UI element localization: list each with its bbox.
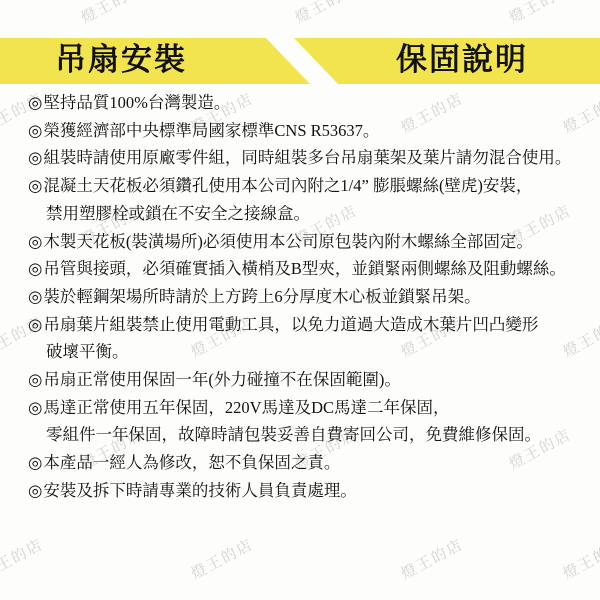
instruction-text: 堅持品質100%台灣製造。	[43, 93, 230, 112]
instruction-line-continuation: 零組件一年保固，故障時請包裝妥善自費寄回公司，免費維修保固。	[46, 421, 594, 449]
instruction-text: 馬達正常使用五年保固，220V馬達及DC馬達二年保固，	[43, 398, 449, 417]
bullseye-bullet-icon: ◎	[28, 121, 42, 140]
page-title-install: 吊扇安裝	[55, 38, 187, 84]
instruction-line-continuation: 禁用塑膠栓或鎖在不安全之接線盒。	[46, 200, 594, 228]
bullseye-bullet-icon: ◎	[28, 453, 42, 472]
store-watermark: 燈王的店	[559, 533, 600, 583]
instruction-text: 組裝時請使用原廠零件組，同時組裝多台吊扇葉架及葉片請勿混合使用。	[43, 148, 571, 167]
list-item: ◎混凝土天花板必須鑽孔使用本公司內附之1/4” 膨脹螺絲(壁虎)安裝，禁用塑膠栓…	[28, 172, 594, 227]
instruction-text: 榮獲經濟部中央標準局國家標準CNS R53637。	[43, 121, 379, 140]
store-watermark: 燈王的店	[187, 533, 257, 583]
instruction-text: 安裝及拆下時請專業的技術人員負責處理。	[43, 481, 357, 500]
list-item: ◎木製天花板(裝潢場所)必須使用本公司原包裝內附木螺絲全部固定。	[28, 228, 594, 256]
instruction-text: 吊扇葉片組裝禁止使用電動工具，以免力道過大造成木葉片凹凸變形	[43, 315, 538, 334]
bullseye-bullet-icon: ◎	[28, 398, 42, 417]
instruction-line: ◎混凝土天花板必須鑽孔使用本公司內附之1/4” 膨脹螺絲(壁虎)安裝，	[28, 172, 594, 200]
bullseye-bullet-icon: ◎	[28, 259, 42, 278]
list-item: ◎本產品一經人為修改，恕不負保固之責。	[28, 449, 594, 477]
instruction-text: 混凝土天花板必須鑽孔使用本公司內附之1/4” 膨脹螺絲(壁虎)安裝，	[43, 176, 532, 195]
instruction-line: ◎吊扇正常使用保固一年(外力碰撞不在保固範圍)。	[28, 366, 594, 394]
store-watermark: 燈王的店	[77, 0, 147, 28]
instruction-line: ◎本產品一經人為修改，恕不負保固之責。	[28, 449, 594, 477]
list-item: ◎堅持品質100%台灣製造。	[28, 89, 594, 117]
instruction-list: ◎堅持品質100%台灣製造。◎榮獲經濟部中央標準局國家標準CNS R53637。…	[28, 89, 594, 505]
instruction-line: ◎吊扇葉片組裝禁止使用電動工具，以免力道過大造成木葉片凹凸變形	[28, 311, 594, 339]
bullseye-bullet-icon: ◎	[28, 232, 42, 251]
instruction-text: 本產品一經人為修改，恕不負保固之責。	[43, 453, 340, 472]
list-item: ◎吊扇正常使用保固一年(外力碰撞不在保固範圍)。	[28, 366, 594, 394]
instruction-text: 零組件一年保固，故障時請包裝妥善自費寄回公司，免費維修保固。	[46, 425, 541, 444]
instruction-text: 裝於輕鋼架場所時請於上方跨上6分厚度木心板並鎖緊吊架。	[43, 287, 480, 306]
instruction-text: 禁用塑膠栓或鎖在不安全之接線盒。	[46, 204, 310, 223]
list-item: ◎馬達正常使用五年保固，220V馬達及DC馬達二年保固，零組件一年保固，故障時請…	[28, 394, 594, 449]
list-item: ◎吊扇葉片組裝禁止使用電動工具，以免力道過大造成木葉片凹凸變形破壞平衡。	[28, 311, 594, 366]
bullseye-bullet-icon: ◎	[28, 481, 42, 500]
store-watermark: 燈王的店	[0, 533, 47, 583]
instruction-line: ◎吊管與接頭，必須確實插入橫梢及B型夾，並鎖緊兩側螺絲及阻動螺絲。	[28, 255, 594, 283]
store-watermark: 燈王的店	[397, 533, 467, 583]
store-watermark: 燈王的店	[505, 0, 575, 28]
bullseye-bullet-icon: ◎	[28, 148, 42, 167]
list-item: ◎組裝時請使用原廠零件組，同時組裝多台吊扇葉架及葉片請勿混合使用。	[28, 144, 594, 172]
list-item: ◎裝於輕鋼架場所時請於上方跨上6分厚度木心板並鎖緊吊架。	[28, 283, 594, 311]
instruction-line: ◎組裝時請使用原廠零件組，同時組裝多台吊扇葉架及葉片請勿混合使用。	[28, 144, 594, 172]
instruction-text: 吊管與接頭，必須確實插入橫梢及B型夾，並鎖緊兩側螺絲及阻動螺絲。	[43, 259, 566, 278]
header-titles: 吊扇安裝 保固說明	[0, 38, 600, 84]
instruction-text: 木製天花板(裝潢場所)必須使用本公司原包裝內附木螺絲全部固定。	[43, 232, 533, 251]
bullseye-bullet-icon: ◎	[28, 370, 42, 389]
instruction-line: ◎木製天花板(裝潢場所)必須使用本公司原包裝內附木螺絲全部固定。	[28, 228, 594, 256]
page-title-warranty: 保固說明	[396, 38, 528, 84]
store-watermark: 燈王的店	[291, 0, 361, 28]
bullseye-bullet-icon: ◎	[28, 287, 42, 306]
bullseye-bullet-icon: ◎	[28, 176, 42, 195]
bullseye-bullet-icon: ◎	[28, 315, 42, 334]
list-item: ◎吊管與接頭，必須確實插入橫梢及B型夾，並鎖緊兩側螺絲及阻動螺絲。	[28, 255, 594, 283]
list-item: ◎安裝及拆下時請專業的技術人員負責處理。	[28, 477, 594, 505]
instruction-line: ◎堅持品質100%台灣製造。	[28, 89, 594, 117]
list-item: ◎榮獲經濟部中央標準局國家標準CNS R53637。	[28, 117, 594, 145]
instruction-text: 破壞平衡。	[46, 342, 129, 361]
document-page: 燈王的店燈王的店燈王的店燈王的店燈王的店燈王的店燈王的店燈王的店燈王的店燈王的店…	[0, 0, 600, 600]
instruction-text: 吊扇正常使用保固一年(外力碰撞不在保固範圍)。	[43, 370, 401, 389]
instruction-line: ◎裝於輕鋼架場所時請於上方跨上6分厚度木心板並鎖緊吊架。	[28, 283, 594, 311]
instruction-line: ◎安裝及拆下時請專業的技術人員負責處理。	[28, 477, 594, 505]
instruction-line: ◎榮獲經濟部中央標準局國家標準CNS R53637。	[28, 117, 594, 145]
bullseye-bullet-icon: ◎	[28, 93, 42, 112]
instruction-line-continuation: 破壞平衡。	[46, 338, 594, 366]
instruction-line: ◎馬達正常使用五年保固，220V馬達及DC馬達二年保固，	[28, 394, 594, 422]
